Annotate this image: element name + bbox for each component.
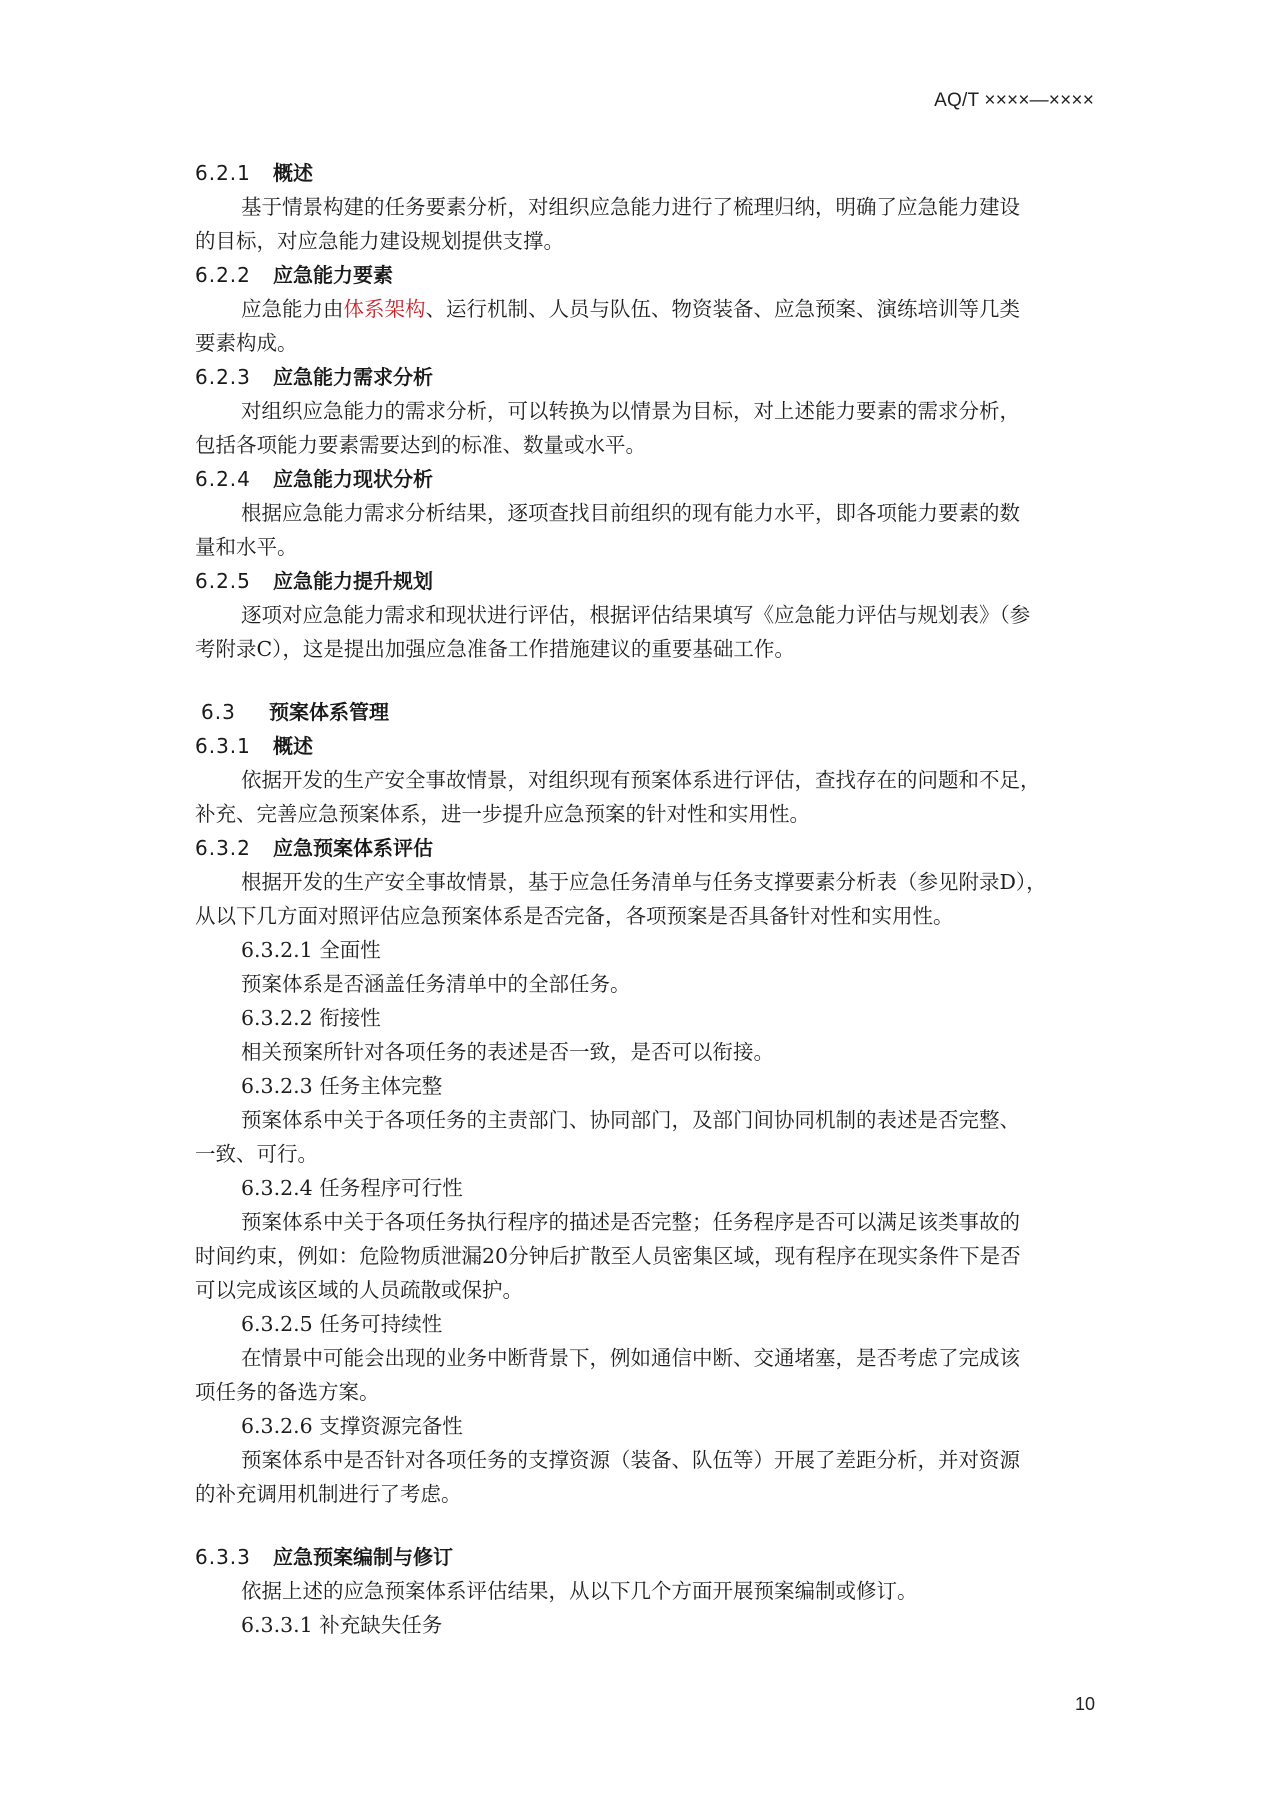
paragraph-line: 项任务的备选方案。 [195,1375,380,1409]
text-run: 应急能力由 [241,297,344,321]
subheading-6-3-2-1: 6.3.2.1 全面性 [241,933,381,967]
heading-number: 6.2.2 [195,258,273,292]
paragraph-line: 的补充调用机制进行了考虑。 [195,1477,462,1511]
heading-title: 概述 [273,161,313,185]
heading-6-3-2: 6.3.2应急预案体系评估 [195,831,433,865]
heading-6-3: 6.3预案体系管理 [201,695,389,729]
subheading-6-3-2-5: 6.3.2.5 任务可持续性 [241,1307,442,1341]
paragraph-line: 的目标，对应急能力建设规划提供支撑。 [195,224,564,258]
paragraph-line: 预案体系中是否针对各项任务的支撑资源（装备、队伍等）开展了差距分析，并对资源 [241,1443,1020,1477]
heading-6-3-1: 6.3.1概述 [195,729,313,763]
heading-6-2-2: 6.2.2应急能力要素 [195,258,393,292]
heading-title: 应急能力现状分析 [273,467,433,491]
paragraph-line: 依据上述的应急预案体系评估结果，从以下几个方面开展预案编制或修订。 [241,1574,918,1608]
heading-title: 预案体系管理 [269,700,389,724]
paragraph-line: 根据应急能力需求分析结果，逐项查找目前组织的现有能力水平，即各项能力要素的数 [241,496,1020,530]
text-run: 、运行机制、人员与队伍、物资装备、应急预案、演练培训等几类 [426,297,1021,321]
heading-number: 6.2.3 [195,360,273,394]
standard-code-header: AQ/T ××××—×××× [934,90,1094,112]
paragraph-line: 量和水平。 [195,530,298,564]
paragraph-line: 补充、完善应急预案体系，进一步提升应急预案的针对性和实用性。 [195,797,810,831]
paragraph-line: 考附录C），这是提出加强应急准备工作措施建议的重要基础工作。 [195,632,795,666]
heading-6-2-3: 6.2.3应急能力需求分析 [195,360,433,394]
paragraph-line: 时间约束，例如：危险物质泄漏20分钟后扩散至人员密集区域，现有程序在现实条件下是… [195,1239,1021,1273]
heading-number: 6.3.3 [195,1540,273,1574]
paragraph-line: 在情景中可能会出现的业务中断背景下，例如通信中断、交通堵塞，是否考虑了完成该 [241,1341,1020,1375]
heading-6-2-1: 6.2.1概述 [195,156,313,190]
heading-title: 应急能力需求分析 [273,365,433,389]
highlighted-term: 体系架构 [344,297,426,321]
page-number: 10 [1075,1694,1095,1715]
paragraph-line: 相关预案所针对各项任务的表述是否一致，是否可以衔接。 [241,1035,774,1069]
subheading-6-3-2-4: 6.3.2.4 任务程序可行性 [241,1171,463,1205]
heading-number: 6.2.1 [195,156,273,190]
paragraph-line: 可以完成该区域的人员疏散或保护。 [195,1273,523,1307]
heading-title: 应急能力提升规划 [273,569,433,593]
heading-number: 6.3.2 [195,831,273,865]
paragraph-line: 一致、可行。 [195,1137,318,1171]
heading-number: 6.3 [201,695,269,729]
heading-6-3-3: 6.3.3应急预案编制与修订 [195,1540,453,1574]
heading-number: 6.2.4 [195,462,273,496]
heading-6-2-5: 6.2.5应急能力提升规划 [195,564,433,598]
paragraph-line: 预案体系中关于各项任务的主责部门、协同部门，及部门间协同机制的表述是否完整、 [241,1103,1020,1137]
heading-title: 应急能力要素 [273,263,393,287]
paragraph-line: 从以下几方面对照评估应急预案体系是否完备，各项预案是否具备针对性和实用性。 [195,899,954,933]
subheading-6-3-2-6: 6.3.2.6 支撑资源完备性 [241,1409,463,1443]
paragraph-line: 基于情景构建的任务要素分析，对组织应急能力进行了梳理归纳，明确了应急能力建设 [241,190,1020,224]
heading-6-2-4: 6.2.4应急能力现状分析 [195,462,433,496]
paragraph-line: 应急能力由体系架构、运行机制、人员与队伍、物资装备、应急预案、演练培训等几类 [241,292,1020,326]
paragraph-line: 根据开发的生产安全事故情景，基于应急任务清单与任务支撑要素分析表（参见附录D）， [241,865,1047,899]
heading-title: 应急预案编制与修订 [273,1545,453,1569]
heading-number: 6.3.1 [195,729,273,763]
paragraph-line: 预案体系中关于各项任务执行程序的描述是否完整；任务程序是否可以满足该类事故的 [241,1205,1020,1239]
paragraph-line: 逐项对应急能力需求和现状进行评估，根据评估结果填写《应急能力评估与规划表》（参 [241,598,1030,632]
paragraph-line: 对组织应急能力的需求分析，可以转换为以情景为目标，对上述能力要素的需求分析， [241,394,1020,428]
paragraph-line: 依据开发的生产安全事故情景，对组织现有预案体系进行评估，查找存在的问题和不足， [241,763,1041,797]
paragraph-line: 包括各项能力要素需要达到的标准、数量或水平。 [195,428,646,462]
paragraph-line: 要素构成。 [195,326,298,360]
subheading-6-3-2-2: 6.3.2.2 衔接性 [241,1001,381,1035]
heading-number: 6.2.5 [195,564,273,598]
paragraph-line: 预案体系是否涵盖任务清单中的全部任务。 [241,967,631,1001]
heading-title: 概述 [273,734,313,758]
subheading-6-3-3-1: 6.3.3.1 补充缺失任务 [241,1608,442,1642]
heading-title: 应急预案体系评估 [273,836,433,860]
subheading-6-3-2-3: 6.3.2.3 任务主体完整 [241,1069,442,1103]
